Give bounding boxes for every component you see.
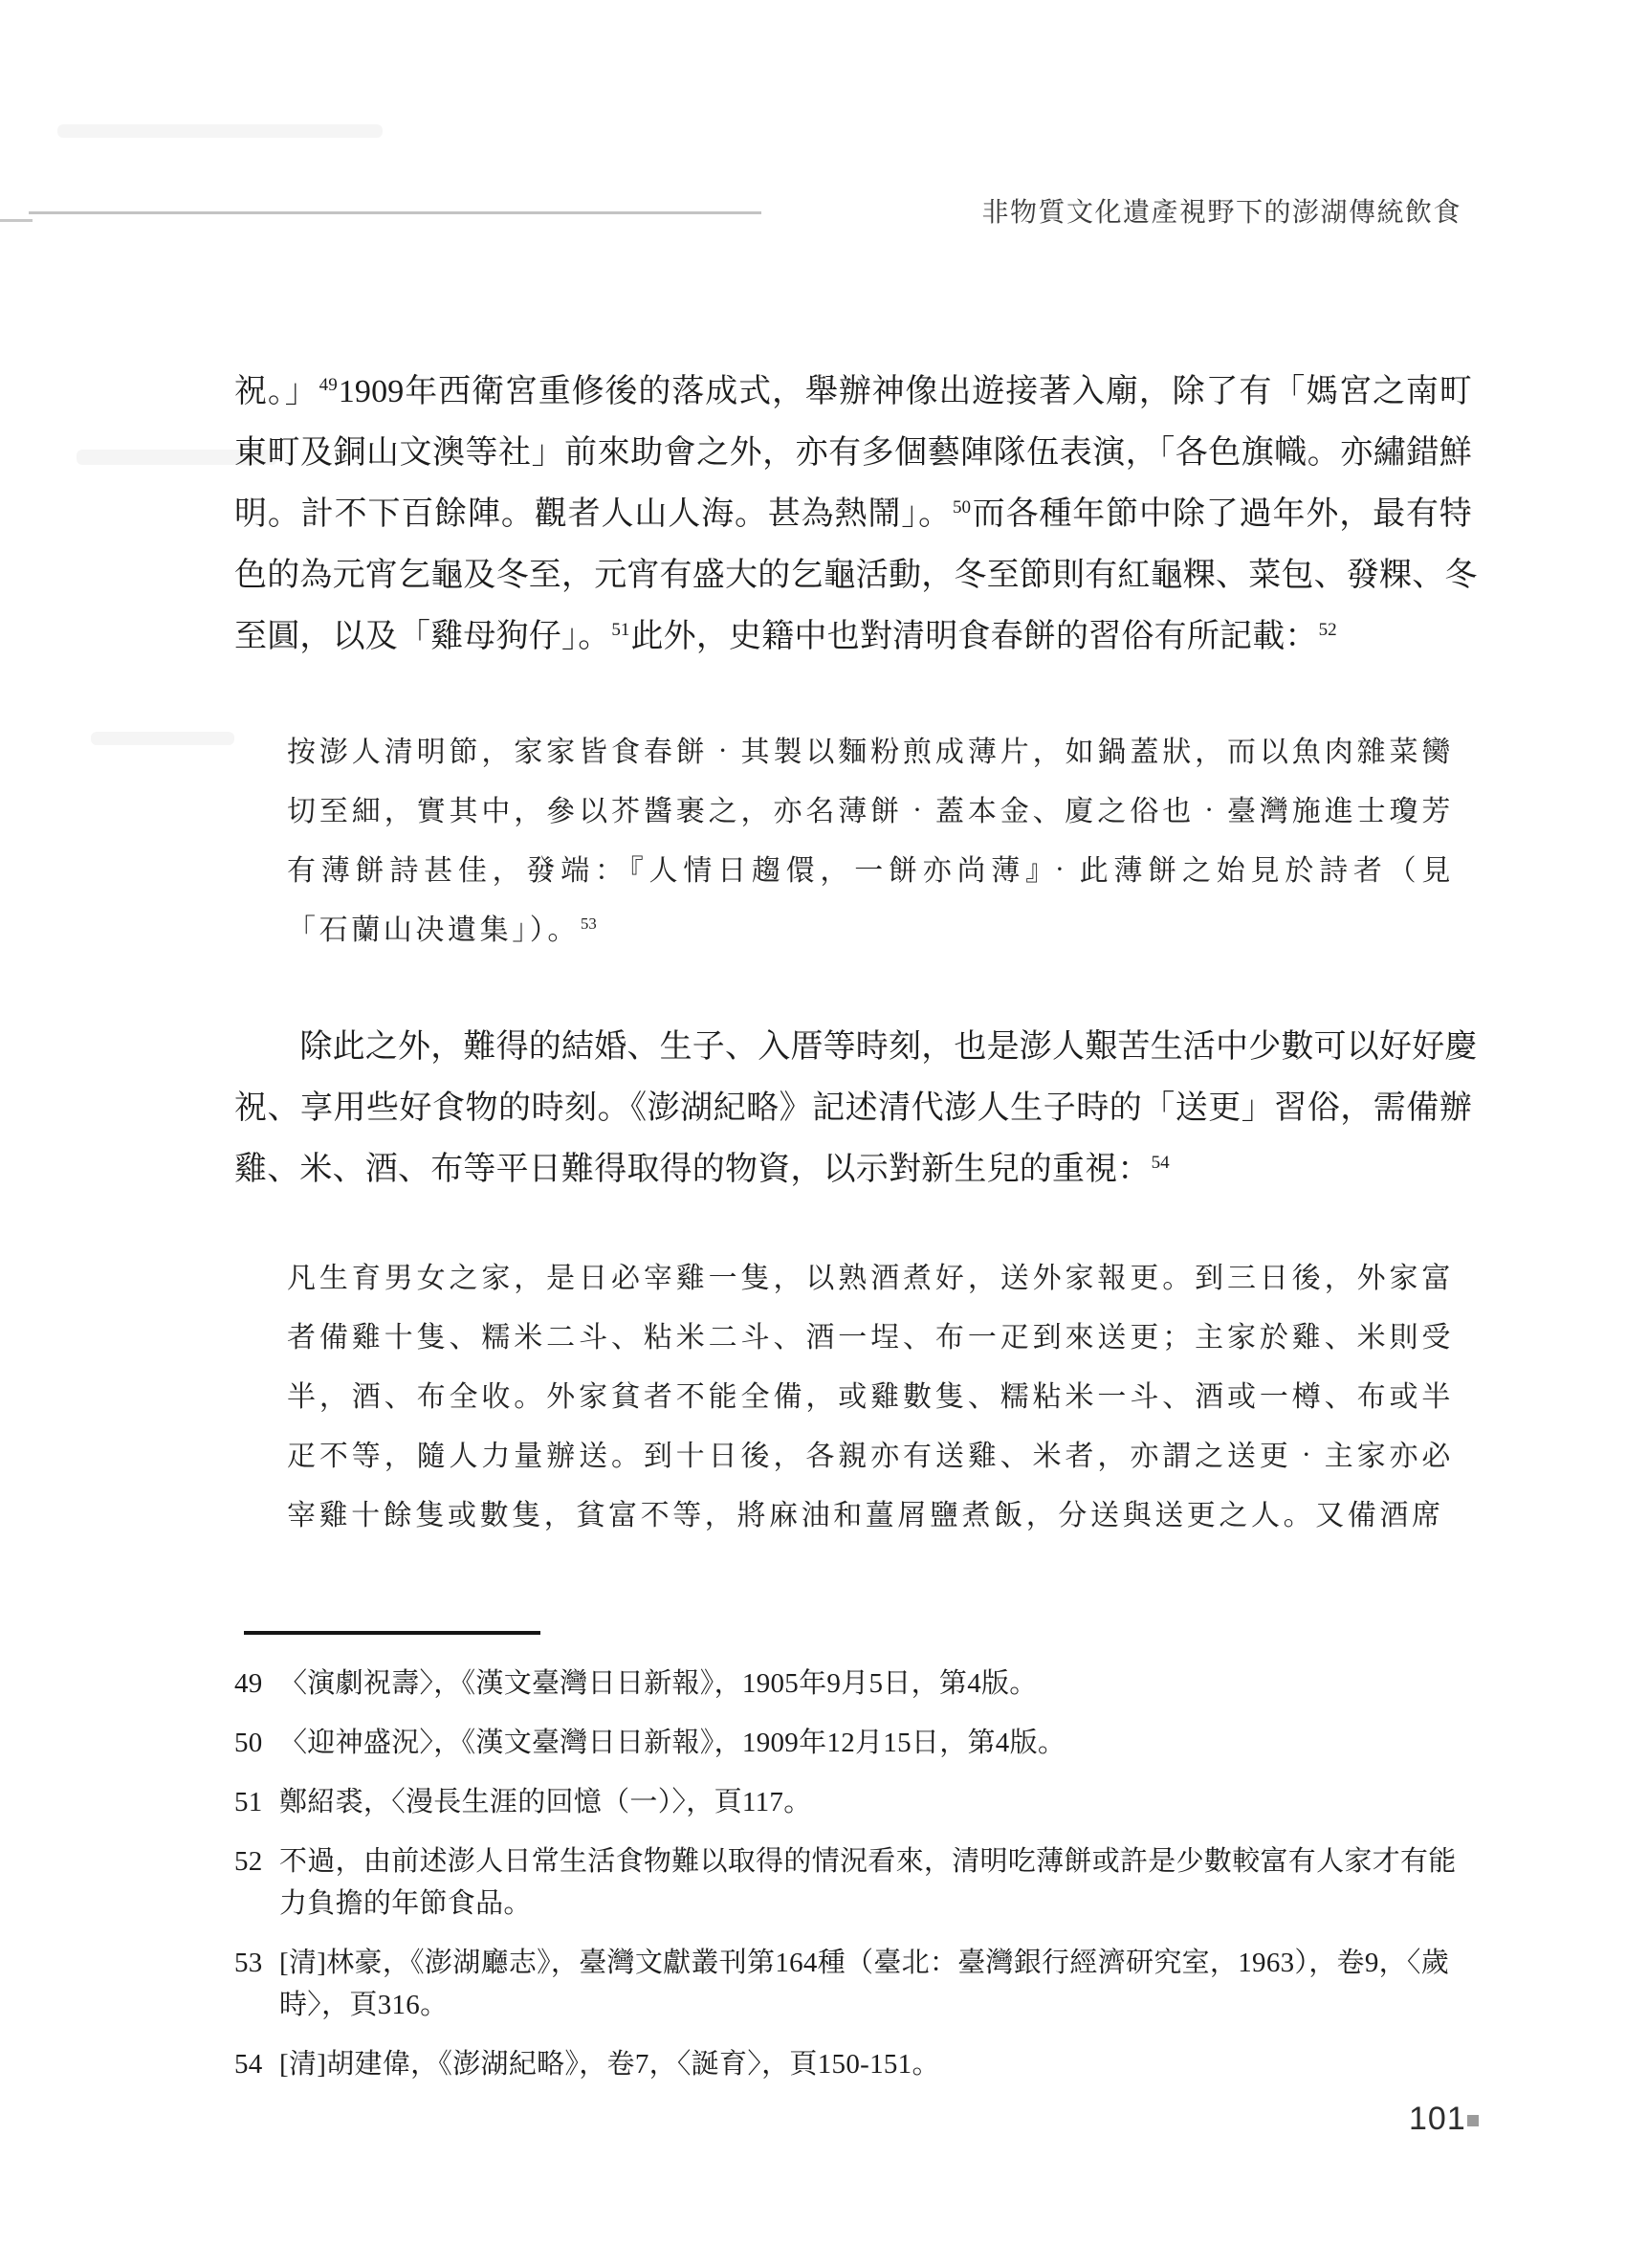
footnote-text: 〈演劇祝壽〉，《漢文臺灣日日新報》，1905年9月5日，第4版。 [279,1662,1472,1705]
footnote-number: 52 [234,1840,279,1883]
footnote-text: 〈迎神盛況〉，《漢文臺灣日日新報》，1909年12月15日，第4版。 [279,1722,1472,1764]
footnote-number: 50 [234,1722,279,1764]
footnote: 49〈演劇祝壽〉，《漢文臺灣日日新報》，1905年9月5日，第4版。 [234,1662,1472,1705]
text-line: 凡生育男女之家，是日必宰雞一隻，以熟酒煮好，送外家報更。到三日後，外家富 [287,1249,1454,1309]
text-line: 明。計不下百餘陣。觀者人山人海。甚為熱鬧」。50而各種年節中除了過年外，最有特 [234,484,1472,545]
text-line: 按澎人清明節，家家皆食春餅‧其製以麵粉煎成薄片，如鍋蓋狀，而以魚肉雜菜臠 [287,723,1454,782]
footnote-text: [清]胡建偉，《澎湖紀略》，卷7，〈誕育〉，頁150-151。 [279,2043,1472,2085]
document-page: 非物質文化遺產視野下的澎湖傳統飲食 祝。」491909年西衛宮重修後的落成式，舉… [0,0,1626,2268]
footnote-ref: 49 [319,375,338,395]
footnote: 53[清]林豪，《澎湖廳志》，臺灣文獻叢刊第164種（臺北：臺灣銀行經濟研究室，… [234,1942,1472,2026]
text-line: 除此之外，難得的結婚、生子、入厝等時刻，也是澎人艱苦生活中少數可以好好慶 [234,1017,1472,1078]
text-line: 至圓，以及「雞母狗仔」。51此外，史籍中也對清明食春餅的習俗有所記載：52 [234,606,1472,668]
footnote-ref: 53 [581,914,597,933]
body-paragraph-2: 除此之外，難得的結婚、生子、入厝等時刻，也是澎人艱苦生活中少數可以好好慶祝、享用… [234,1017,1472,1200]
footnote-text: 不過，由前述澎人日常生活食物難以取得的情況看來，清明吃薄餅或許是少數較富有人家才… [279,1840,1472,1925]
block-quote-1: 按澎人清明節，家家皆食春餅‧其製以麵粉煎成薄片，如鍋蓋狀，而以魚肉雜菜臠切至細，… [287,723,1454,960]
text-line: 疋不等，隨人力量辦送。到十日後，各親亦有送雞、米者，亦謂之送更‧主家亦必 [287,1427,1454,1486]
text-line: 雞、米、酒、布等平日難得取得的物資，以示對新生兒的重視：54 [234,1139,1472,1200]
footnote-text: 鄭紹裘，〈漫長生涯的回憶（一）〉，頁117。 [279,1781,1472,1823]
text-line: 半，酒、布全收。外家貧者不能全備，或雞數隻、糯粘米一斗、酒或一樽、布或半 [287,1368,1454,1427]
text-line: 祝。」491909年西衛宮重修後的落成式，舉辦神像出遊接著入廟，除了有「媽宮之南… [234,362,1472,423]
footnote-number: 53 [234,1942,279,1984]
block-quote-2: 凡生育男女之家，是日必宰雞一隻，以熟酒煮好，送外家報更。到三日後，外家富者備雞十… [287,1249,1454,1546]
text-line: 切至細，實其中，參以芥醬裹之，亦名薄餅‧蓋本金、廈之俗也‧臺灣施進士瓊芳 [287,782,1454,842]
footnote-number: 51 [234,1781,279,1823]
scan-artifact [91,732,234,745]
page-number: 101 [1409,2101,1466,2138]
footnote: 50〈迎神盛況〉，《漢文臺灣日日新報》，1909年12月15日，第4版。 [234,1722,1472,1764]
text-line: 宰雞十餘隻或數隻，貧富不等，將麻油和薑屑鹽煮飯，分送與送更之人。又備酒席 [287,1486,1454,1546]
footnote-text: [清]林豪，《澎湖廳志》，臺灣文獻叢刊第164種（臺北：臺灣銀行經濟研究室，19… [279,1942,1472,2026]
text-line: 東町及銅山文澳等社」前來助會之外，亦有多個藝陣隊伍表演，「各色旗幟。亦繡錯鮮 [234,423,1472,484]
footnote-ref: 54 [1152,1153,1170,1173]
page-number-marker [1467,2115,1479,2126]
footnote: 54[清]胡建偉，《澎湖紀略》，卷7，〈誕育〉，頁150-151。 [234,2043,1472,2085]
text-line: 者備雞十隻、糯米二斗、粘米二斗、酒一埕、布一疋到來送更；主家於雞、米則受 [287,1309,1454,1368]
text-line: 有薄餅詩甚佳，發端：『人情日趨儇，一餅亦尚薄』‧此薄餅之始見於詩者（見 [287,842,1454,901]
footnote-separator [244,1631,540,1635]
footnote: 51鄭紹裘，〈漫長生涯的回憶（一）〉，頁117。 [234,1781,1472,1823]
scan-artifact [57,124,383,138]
header-rule-stub [0,219,33,222]
footnotes-list: 49〈演劇祝壽〉，《漢文臺灣日日新報》，1905年9月5日，第4版。50〈迎神盛… [234,1662,1472,2085]
footnote: 52不過，由前述澎人日常生活食物難以取得的情況看來，清明吃薄餅或許是少數較富有人… [234,1840,1472,1925]
running-header-title: 非物質文化遺產視野下的澎湖傳統飲食 [981,191,1461,230]
text-line: 祝、享用些好食物的時刻。《澎湖紀略》記述清代澎人生子時的「送更」習俗，需備辦 [234,1078,1472,1139]
body-paragraph-1: 祝。」491909年西衛宮重修後的落成式，舉辦神像出遊接著入廟，除了有「媽宮之南… [234,362,1472,668]
text-line: 「石蘭山决遺集」）。53 [287,901,1454,960]
footnote-number: 49 [234,1662,279,1705]
footnote-number: 54 [234,2043,279,2085]
header-rule [29,211,761,214]
text-line: 色的為元宵乞龜及冬至，元宵有盛大的乞龜活動，冬至節則有紅龜粿、菜包、發粿、冬 [234,545,1472,606]
footnote-ref: 52 [1319,620,1337,640]
footnote-ref: 51 [611,620,629,640]
footnote-ref: 50 [953,497,971,517]
